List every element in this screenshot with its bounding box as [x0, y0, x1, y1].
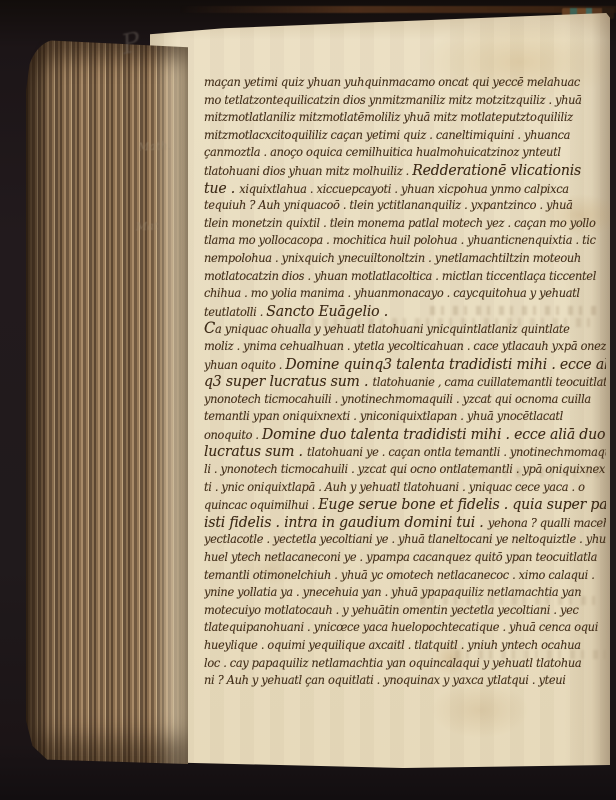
manuscript-line: tlatohuani dios yhuan mitz molhuiliz . R… — [204, 162, 586, 180]
nahuatl-text: tlein monetzin quixtil . tlein monema pa… — [204, 216, 596, 230]
nahuatl-text: mitzmotlatlaniliz mitzmotlatēmoliliz yhu… — [204, 110, 573, 124]
nahuatl-text: tlatohuanie , cama cuillatemantli teocui… — [373, 375, 606, 389]
nahuatl-text: ni ? Auh y yehuatl çan oquitlati . ynoqu… — [204, 673, 566, 687]
manuscript-line: mo tetlatzontequilicatzin dios ynmitzman… — [204, 92, 586, 110]
nahuatl-text: C — [204, 319, 215, 337]
manuscript-line: chihua . mo yolia manima . yhuanmonacayo… — [204, 285, 586, 303]
manuscript-line: onoquito . Domine duo talenta tradidisti… — [204, 426, 586, 444]
manuscript-line: lucratus sum . tlatohuani ye . caçan ont… — [204, 443, 586, 461]
nahuatl-text: tlatequipanohuani . ynicœce yaca huelopo… — [204, 620, 598, 634]
manuscript-line: çanmoztla . anoço oquica cemilhuitica hu… — [204, 144, 586, 162]
manuscript-line: tlatequipanohuani . ynicœce yaca huelopo… — [204, 619, 586, 637]
ink-bleed-through — [420, 596, 600, 605]
nahuatl-text: tequiuh ? Auh yniquacoō . tlein yctitlan… — [204, 198, 573, 212]
nahuatl-text: tlatohuani dios yhuan mitz molhuiliz . — [204, 164, 412, 178]
nahuatl-text: nempolohua . ynixquich ynecuiltonoltzin … — [204, 251, 581, 265]
nahuatl-text: ynonotech ticmocahuili . ynotinechmomaqu… — [204, 392, 591, 406]
binding-top-edge — [180, 6, 616, 13]
manuscript-line: moliz . ynima cehualhuan . ytetla yecolt… — [204, 338, 586, 356]
manuscript-line: mitzmotlatlaniliz mitzmotlatēmoliliz yhu… — [204, 109, 586, 127]
manuscript-line: motlatocatzin dios . yhuan motlatlacolti… — [204, 268, 586, 286]
manuscript-line: yhuan oquito . Domine quinq3 talenta tra… — [204, 356, 586, 374]
manuscript-line: tlama mo yollocacopa . mochitica huil po… — [204, 232, 586, 250]
nahuatl-text: motlatocatzin dios . yhuan motlatlacolti… — [204, 269, 596, 283]
page-block-bottom-curl — [30, 756, 245, 786]
nahuatl-text: teutlatolli . — [204, 305, 266, 319]
latin-phrase: Redderationē vlicationis — [412, 162, 581, 179]
nahuatl-text: maçan yetimi quiz yhuan yuhquinmacamo on… — [204, 75, 580, 89]
nahuatl-text: mo tetlatzontequilicatzin dios ynmitzman… — [204, 93, 582, 107]
nahuatl-text: moliz . ynima cehualhuan . ytetla yecolt… — [204, 339, 606, 353]
manuscript-line: maçan yetimi quiz yhuan yuhquinmacamo on… — [204, 74, 586, 92]
nahuatl-text: onoquito . — [204, 428, 262, 442]
nahuatl-text: quincac oquimilhui . — [204, 498, 318, 512]
manuscript-line: ni ? Auh y yehuatl çan oquitlati . ynoqu… — [204, 672, 586, 690]
nahuatl-text: yectlacotle . yectetla yecoltiani ye . y… — [204, 532, 606, 546]
manuscript-line: isti fidelis . intra in gaudium domini t… — [204, 514, 586, 532]
nahuatl-text: chihua . mo yolia manima . yhuanmonacayo… — [204, 286, 580, 300]
manuscript-line: mitzmotlacxcitoquililiz caçan yetimi qui… — [204, 127, 586, 145]
ink-bleed-through — [455, 650, 605, 659]
ink-bleed-through — [430, 306, 600, 315]
nahuatl-text: ti . ynic oniquixtlapā . Auh y yehuatl t… — [204, 480, 585, 494]
nahuatl-text: huel ytech netlacaneconi ye . ypampa cac… — [204, 550, 597, 564]
latin-phrase: tue . — [204, 180, 239, 197]
latin-phrase: Euge serue bone et fidelis . quia super … — [318, 496, 606, 513]
latin-phrase: Domine quinq3 talenta tradidisti mihi . … — [285, 356, 606, 373]
manuscript-line: tlein monetzin quixtil . tlein monema pa… — [204, 215, 586, 233]
manuscript-line: tue . xiquixtlahua . xiccuepcayoti . yhu… — [204, 180, 586, 198]
nahuatl-text: çanmoztla . anoço oquica cemilhuitica hu… — [204, 145, 561, 159]
manuscript-line: q3 super lucratus sum . tlatohuanie , ca… — [204, 373, 586, 391]
manuscript-line: tequiuh ? Auh yniquacoō . tlein yctitlan… — [204, 197, 586, 215]
nahuatl-text: yehona ? qualli macehualle — [488, 516, 606, 530]
manuscript-line: nempolohua . ynixquich ynecuiltonoltzin … — [204, 250, 586, 268]
manuscript-line: huel ytech netlacaneconi ye . ypampa cac… — [204, 549, 586, 567]
nahuatl-text: xiquixtlahua . xiccuepcayoti . yhuan xic… — [239, 182, 568, 196]
latin-phrase: Domine duo talenta tradidisti mihi . ecc… — [262, 426, 606, 443]
manuscript-line: quincac oquimilhui . Euge serue bone et … — [204, 496, 586, 514]
latin-phrase: lucratus sum . — [204, 443, 307, 460]
nahuatl-text: mitzmotlacxcitoquililiz caçan yetimi qui… — [204, 128, 570, 142]
manuscript-photo: P maçan yetimi quiz yhuan yuhquinmacamo … — [0, 0, 616, 800]
margin-note: Math. — [138, 139, 171, 153]
margin-note: Mat — [136, 220, 159, 234]
manuscript-line: ti . ynic oniquixtlapā . Auh y yehuatl t… — [204, 479, 586, 497]
nahuatl-text: temantli otimonelchiuh . yhuā yc omotech… — [204, 568, 595, 582]
manuscript-line: temantli otimonelchiuh . yhuā yc omotech… — [204, 567, 586, 585]
nahuatl-text: tlama mo yollocacopa . mochitica huil po… — [204, 233, 596, 247]
ink-bleed-through — [470, 468, 600, 477]
nahuatl-text: temantli ypan oniquixnexti . yniconiquix… — [204, 409, 563, 423]
nahuatl-text: tlatohuani ye . caçan ontla temantli . y… — [307, 445, 606, 459]
latin-phrase: isti fidelis . intra in gaudium domini t… — [204, 514, 488, 531]
manuscript-line: temantli ypan oniquixnexti . yniconiquix… — [204, 408, 586, 426]
ink-bleed-through — [300, 318, 590, 327]
latin-phrase: q3 super lucratus sum . — [204, 373, 373, 390]
manuscript-line: yectlacotle . yectetla yecoltiani ye . y… — [204, 531, 586, 549]
manuscript-line: ynonotech ticmocahuili . ynotinechmomaqu… — [204, 391, 586, 409]
nahuatl-text: yhuan oquito . — [204, 358, 285, 372]
